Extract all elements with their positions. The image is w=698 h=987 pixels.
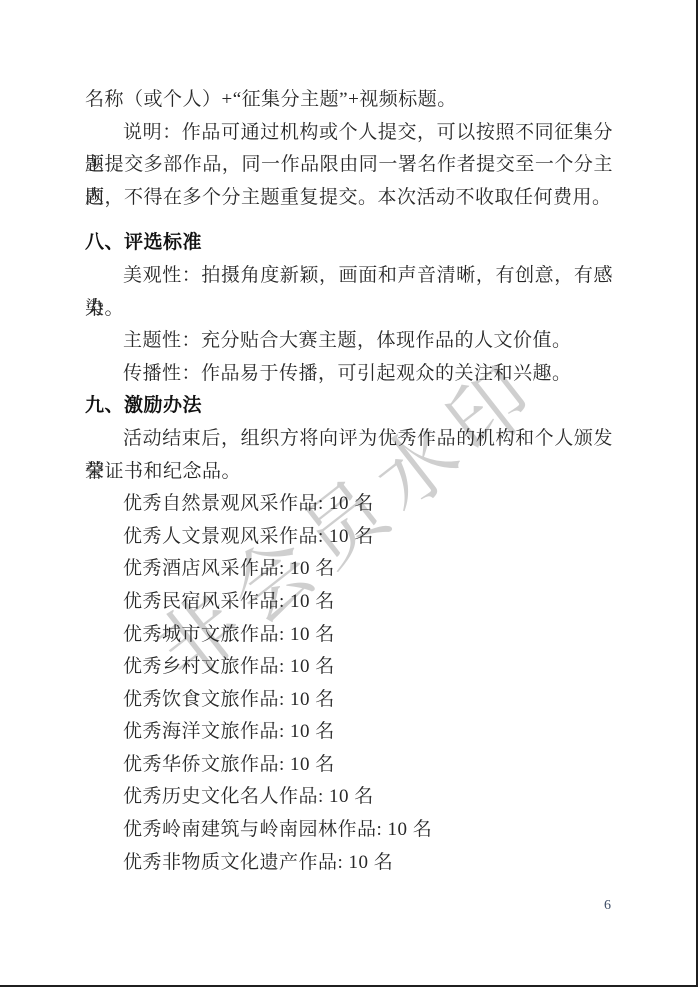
award-item-natural-scenery: 优秀自然景观风采作品: 10 名 [85, 488, 613, 521]
award-item-rural-tourism: 优秀乡村文旅作品: 10 名 [85, 651, 613, 684]
line-criteria-spread: 传播性：作品易于传播，可引起观众的关注和兴趣。 [85, 358, 613, 391]
page-number: 6 [604, 897, 611, 915]
line-incentive-1: 活动结束后，组织方将向评为优秀作品的机构和个人颁发荣 [85, 423, 613, 456]
line-note-2: 题提交多部作品，同一作品限由同一署名作者提交至一个分主题 [85, 149, 613, 182]
award-item-intangible-heritage: 优秀非物质文化遗产作品: 10 名 [85, 847, 613, 880]
document-body: 名称（或个人）+“征集分主题”+视频标题。说明：作品可通过机构或个人提交，可以按… [85, 84, 613, 879]
document-page: 非会员水印 名称（或个人）+“征集分主题”+视频标题。说明：作品可通过机构或个人… [0, 0, 698, 987]
award-item-food-tourism: 优秀饮食文旅作品: 10 名 [85, 684, 613, 717]
award-item-ocean-tourism: 优秀海洋文旅作品: 10 名 [85, 716, 613, 749]
award-item-hotel: 优秀酒店风采作品: 10 名 [85, 553, 613, 586]
award-item-overseas-chinese-tourism: 优秀华侨文旅作品: 10 名 [85, 749, 613, 782]
line-note-1: 说明：作品可通过机构或个人提交，可以按照不同征集分主 [85, 117, 613, 150]
award-item-historical-figures: 优秀历史文化名人作品: 10 名 [85, 781, 613, 814]
line-criteria-theme: 主题性：充分贴合大赛主题，体现作品的人文价值。 [85, 325, 613, 358]
award-item-lingnan-architecture: 优秀岭南建筑与岭南园林作品: 10 名 [85, 814, 613, 847]
line-note-3: 内，不得在多个分主题重复提交。本次活动不收取任何费用。 [85, 182, 613, 215]
section-heading-9-incentive: 九、激励办法 [85, 390, 613, 423]
line-naming-format: 名称（或个人）+“征集分主题”+视频标题。 [85, 84, 613, 117]
award-item-cultural-scenery: 优秀人文景观风采作品: 10 名 [85, 521, 613, 554]
line-criteria-aesthetic-1: 美观性：拍摄角度新颖，画面和声音清晰，有创意，有感染 [85, 260, 613, 293]
line-incentive-2: 誉证书和纪念品。 [85, 456, 613, 489]
section-heading-8-criteria: 八、评选标准 [85, 227, 613, 260]
award-item-city-tourism: 优秀城市文旅作品: 10 名 [85, 619, 613, 652]
line-criteria-aesthetic-2: 力。 [85, 293, 613, 326]
award-item-homestay: 优秀民宿风采作品: 10 名 [85, 586, 613, 619]
